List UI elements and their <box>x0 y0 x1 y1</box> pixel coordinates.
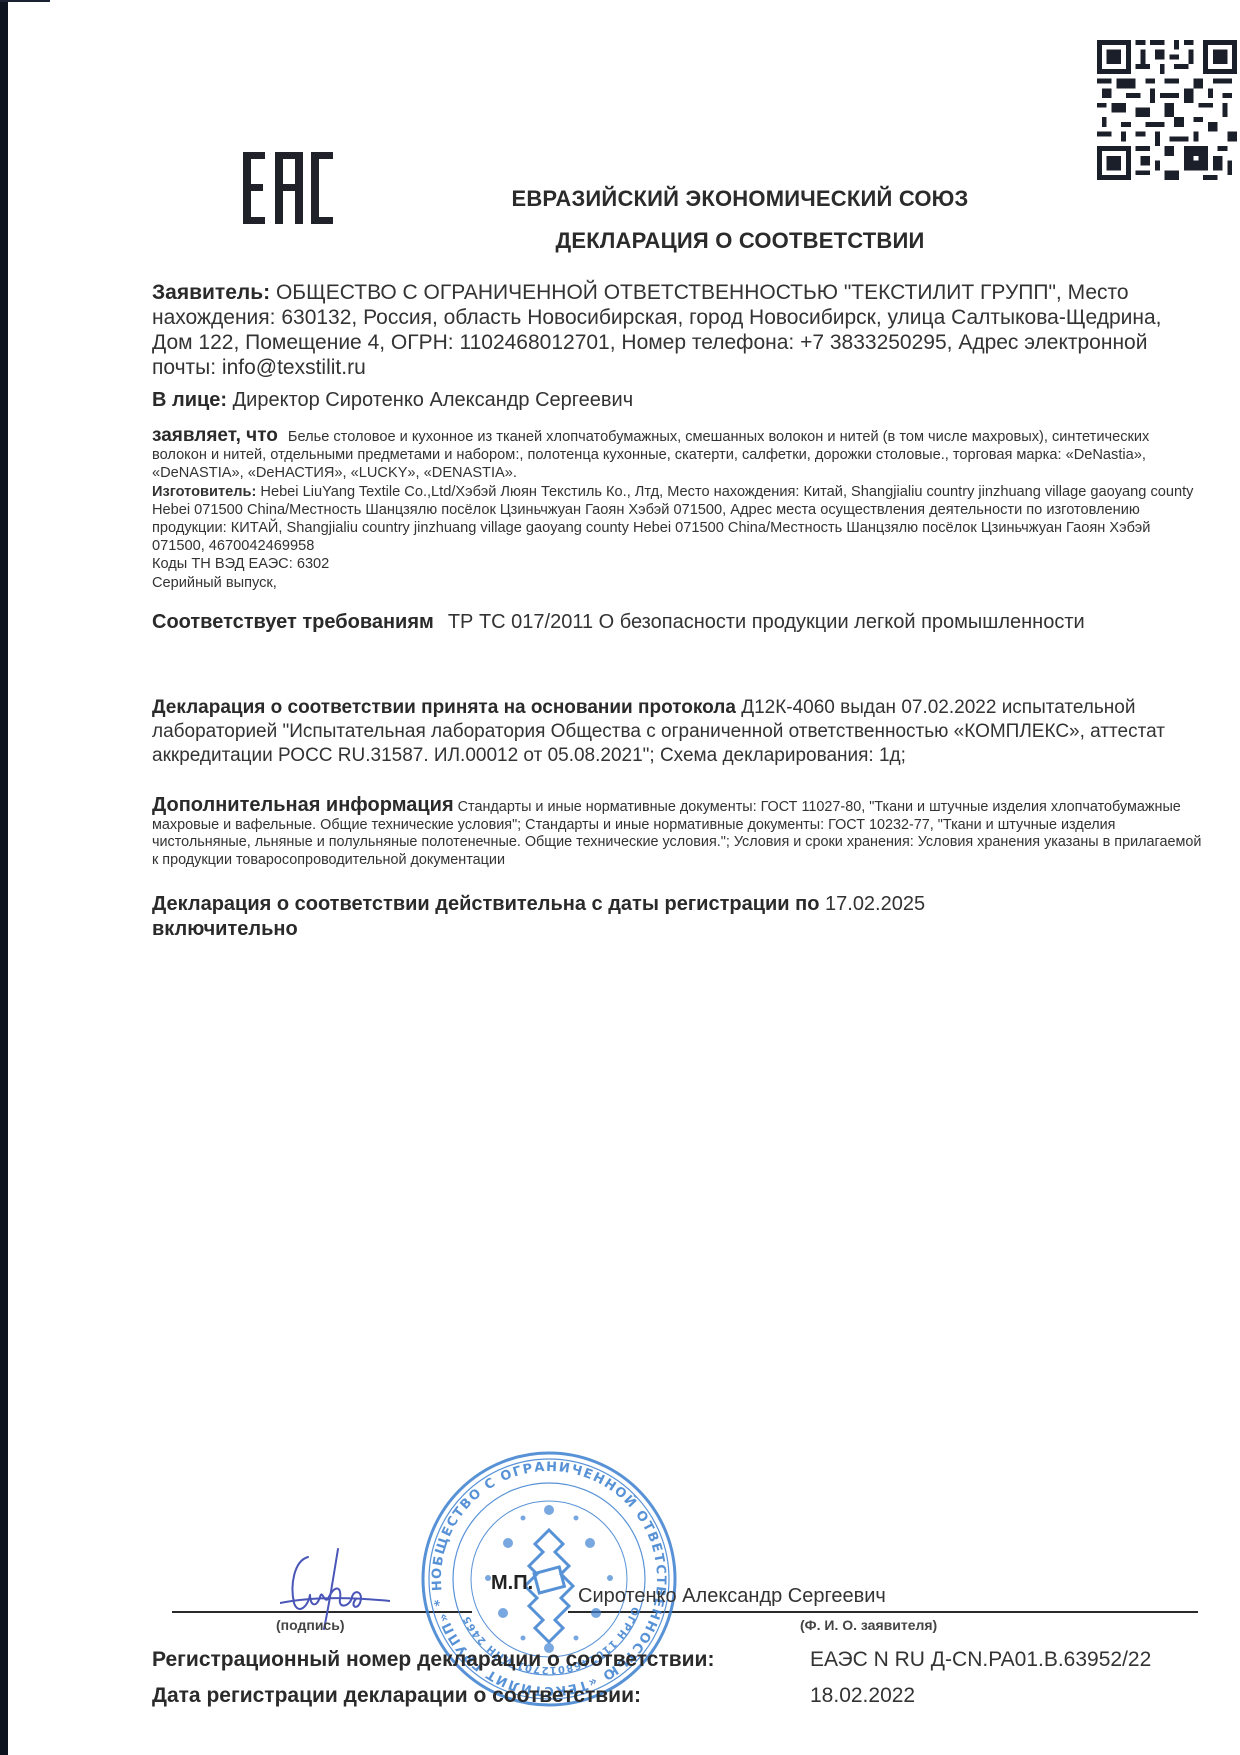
signature-caption: (подпись) <box>276 1617 345 1633</box>
document-title: ДЕКЛАРАЦИЯ О СООТВЕТСТВИИ <box>400 228 1080 254</box>
eac-mark-icon <box>243 152 333 224</box>
product-description: Белье столовое и кухонное из тканей хлоп… <box>152 429 1149 481</box>
qr-code-icon <box>1097 40 1237 180</box>
registration-date: 18.02.2022 <box>810 1684 915 1708</box>
union-heading: ЕВРАЗИЙСКИЙ ЭКОНОМИЧЕСКИЙ СОЮЗ <box>400 186 1080 212</box>
declaration-section: заявляет, чтоБелье столовое и кухонное и… <box>152 427 1202 592</box>
validity-label: Декларация о соответствии действительна … <box>152 893 819 915</box>
representative-section: В лице: Директор Сиротенко Александр Сер… <box>152 388 1202 413</box>
release-type: Серийный выпуск, <box>152 575 277 591</box>
additional-info-label: Дополнительная информация <box>152 794 454 816</box>
applicant-label: Заявитель: <box>152 281 270 304</box>
representative-name: Директор Сиротенко Александр Сергеевич <box>227 389 633 411</box>
hs-codes: Коды ТН ВЭД ЕАЭС: 6302 <box>152 556 329 572</box>
validity-inclusive: включительно <box>152 918 298 940</box>
scan-border-top <box>0 0 50 2</box>
registration-date-label: Дата регистрации декларации о соответств… <box>152 1684 641 1708</box>
technical-regulation: ТР ТС 017/2011 О безопасности продукции … <box>448 611 1085 633</box>
basis-label: Декларация о соответствии принята на осн… <box>152 697 736 718</box>
manufacturer-details: Hebei LiuYang Textile Co.,Ltd/Хэбэй Люян… <box>152 484 1193 555</box>
declares-label: заявляет, что <box>152 425 278 446</box>
manufacturer-label: Изготовитель: <box>152 484 256 500</box>
signer-full-name: Сиротенко Александр Сергеевич <box>578 1585 886 1608</box>
seal-place-label: М.П. <box>491 1572 533 1595</box>
name-caption: (Ф. И. О. заявителя) <box>800 1617 937 1633</box>
scan-border <box>0 0 8 1755</box>
conformity-section: Соответствует требованиямТР ТС 017/2011 … <box>152 609 1202 635</box>
applicant-details: ОБЩЕСТВО С ОГРАНИЧЕННОЙ ОТВЕТСТВЕННОСТЬЮ… <box>152 281 1162 379</box>
registration-number-label: Регистрационный номер декларации о соотв… <box>152 1648 714 1672</box>
validity-date: 17.02.2025 <box>819 893 925 915</box>
validity-section: Декларация о соответствии действительна … <box>152 892 1202 942</box>
applicant-section: Заявитель: ОБЩЕСТВО С ОГРАНИЧЕННОЙ ОТВЕТ… <box>152 280 1202 380</box>
representative-label: В лице: <box>152 389 227 411</box>
protocol-basis-section: Декларация о соответствии принята на осн… <box>152 696 1202 768</box>
registration-number: ЕАЭС N RU Д-CN.PA01.B.63952/22 <box>810 1648 1151 1672</box>
additional-info-section: Дополнительная информацияСтандарты и ины… <box>152 797 1202 869</box>
conformity-label: Соответствует требованиям <box>152 611 434 633</box>
